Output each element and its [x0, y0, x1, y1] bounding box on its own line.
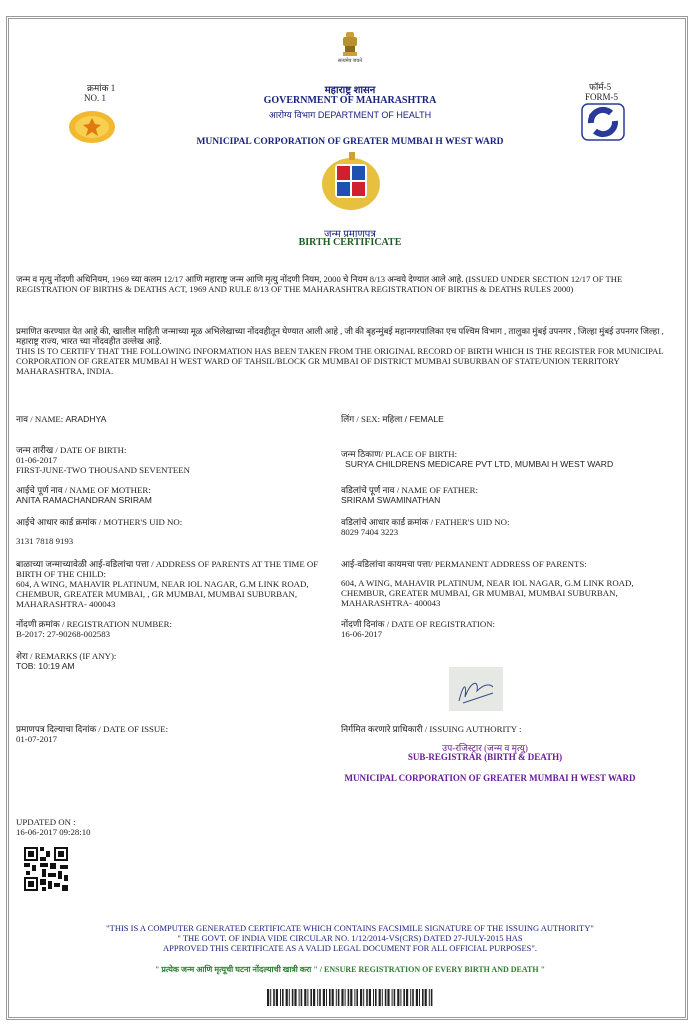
- certify-text-hindi: प्रमाणित करण्यात येत आहे की, खालील माहित…: [16, 326, 684, 346]
- dob-label: जन्म तारीख / DATE OF BIRTH:: [16, 445, 334, 455]
- sex-label: लिंग / SEX:: [341, 414, 382, 424]
- name-label: नाव / NAME:: [16, 414, 65, 424]
- updated-on-value: 16-06-2017 09:28:10: [16, 827, 334, 837]
- emblem-caption: सत्यमेव जयते: [310, 58, 390, 64]
- issue-date-value: 01-07-2017: [16, 734, 334, 744]
- footer-slogan: " प्रत्येक जन्म आणि मृत्यूची घटना नोंदल्…: [60, 965, 640, 975]
- mother-name-value: ANITA RAMACHANDRAN SRIRAM: [16, 495, 334, 505]
- father-name-label: वडिलांचे पूर्ण नाव / NAME OF FATHER:: [341, 485, 671, 495]
- registration-date-label: नोंदणी दिनांक / DATE OF REGISTRATION:: [341, 619, 671, 629]
- birth-address-value: 604, A WING, MAHAVIR PLATINUM, NEAR IOL …: [16, 579, 334, 609]
- issue-date-label: प्रमाणपत्र दिल्याचा दिनांक / DATE OF ISS…: [16, 724, 334, 734]
- remarks-field: शेरा / REMARKS (IF ANY): TOB: 10:19 AM: [16, 651, 334, 671]
- footer-computer-generated-note: "THIS IS A COMPUTER GENERATED CERTIFICAT…: [60, 923, 640, 933]
- signature-image: [449, 667, 503, 711]
- place-of-birth-label: जन्म ठिकाण/ PLACE OF BIRTH:: [341, 449, 671, 459]
- dob-field: जन्म तारीख / DATE OF BIRTH: 01-06-2017 F…: [16, 445, 334, 475]
- permanent-address-label: आई-वडिलांचा कायमचा पत्ता/ PERMANENT ADDR…: [341, 559, 671, 569]
- permanent-address-field: आई-वडिलांचा कायमचा पत्ता/ PERMANENT ADDR…: [341, 559, 671, 608]
- registration-date-value: 16-06-2017: [341, 629, 671, 639]
- updated-on-field: UPDATED ON : 16-06-2017 09:28:10: [16, 817, 334, 837]
- registration-number-field: नोंदणी क्रमांक / REGISTRATION NUMBER: B-…: [16, 619, 334, 639]
- qr-code[interactable]: [22, 845, 70, 893]
- father-uid-label: वडिलांचे आधार कार्ड क्रमांक / FATHER'S U…: [341, 517, 671, 527]
- municipal-corporation-title: MUNICIPAL CORPORATION OF GREATER MUMBAI …: [150, 137, 550, 147]
- father-name-field: वडिलांचे पूर्ण नाव / NAME OF FATHER: SRI…: [341, 485, 671, 505]
- registration-date-field: नोंदणी दिनांक / DATE OF REGISTRATION: 16…: [341, 619, 671, 639]
- number-english: NO. 1: [84, 93, 106, 103]
- mother-uid-label: आईचे आधार कार्ड क्रमांक / MOTHER'S UID N…: [16, 517, 334, 527]
- barcode[interactable]: [267, 989, 433, 1006]
- form-number: FORM-5: [585, 92, 618, 102]
- father-uid-value: 8029 7404 3223: [341, 527, 671, 537]
- mother-name-label: आईचे पूर्ण नाव / NAME OF MOTHER:: [16, 485, 334, 495]
- certificate-title: BIRTH CERTIFICATE: [250, 237, 450, 248]
- name-field: नाव / NAME: ARADHYA: [16, 414, 334, 424]
- footer-validity-note: APPROVED THIS CERTIFICATE AS A VALID LEG…: [60, 943, 640, 953]
- government-title-hindi: महाराष्ट्र शासन: [200, 82, 500, 96]
- mcgm-crest-icon: [320, 150, 382, 212]
- father-uid-field: वडिलांचे आधार कार्ड क्रमांक / FATHER'S U…: [341, 517, 671, 537]
- updated-on-label: UPDATED ON :: [16, 817, 334, 827]
- sex-field: लिंग / SEX: महिला / FEMALE: [341, 414, 671, 424]
- department-title: आरोग्य विभाग DEPARTMENT OF HEALTH: [200, 108, 500, 121]
- sex-value: महिला / FEMALE: [382, 414, 444, 424]
- government-title: GOVERNMENT OF MAHARASHTRA: [200, 95, 500, 106]
- place-of-birth-field: जन्म ठिकाण/ PLACE OF BIRTH: SURYA CHILDR…: [341, 449, 671, 469]
- registration-number-value: B-2017: 27-90268-002583: [16, 629, 334, 639]
- sub-registrar-title: SUB-REGISTRAR (BIRTH & DEATH): [360, 752, 610, 762]
- permanent-address-value: 604, A WING, MAHAVIR PLATINUM, NEAR IOL …: [341, 578, 671, 608]
- remarks-value: TOB: 10:19 AM: [16, 661, 334, 671]
- remarks-label: शेरा / REMARKS (IF ANY):: [16, 651, 334, 661]
- national-emblem-icon: [335, 30, 365, 60]
- birth-address-label: बाळाच्या जन्माच्यावेळी आई-वडिलांचा पत्ता…: [16, 559, 334, 579]
- maharashtra-seal-icon: [68, 110, 116, 144]
- mother-uid-field: आईचे आधार कार्ड क्रमांक / MOTHER'S UID N…: [16, 517, 334, 546]
- registration-number-label: नोंदणी क्रमांक / REGISTRATION NUMBER:: [16, 619, 334, 629]
- certify-text-english: THIS IS TO CERTIFY THAT THE FOLLOWING IN…: [16, 346, 684, 376]
- mother-uid-value: 3131 7818 9193: [16, 536, 334, 546]
- dob-value: 01-06-2017: [16, 455, 334, 465]
- dob-words: FIRST-JUNE-TWO THOUSAND SEVENTEEN: [16, 465, 334, 475]
- father-name-value: SRIRAM SWAMINATHAN: [341, 495, 671, 505]
- name-value: ARADHYA: [65, 414, 106, 424]
- place-of-birth-value: SURYA CHILDRENS MEDICARE PVT LTD, MUMBAI…: [341, 459, 671, 469]
- health-logo-icon: [581, 103, 625, 141]
- issued-under-paragraph: जन्म व मृत्यु नोंदणी अधिनियम, 1969 च्या …: [16, 274, 684, 294]
- mother-name-field: आईचे पूर्ण नाव / NAME OF MOTHER: ANITA R…: [16, 485, 334, 505]
- issuing-municipal-corporation: MUNICIPAL CORPORATION OF GREATER MUMBAI …: [330, 773, 650, 783]
- issuing-authority-label: निर्गमित करणारे प्राधिकारी / ISSUING AUT…: [341, 724, 671, 734]
- issue-date-field: प्रमाणपत्र दिल्याचा दिनांक / DATE OF ISS…: [16, 724, 334, 744]
- certify-paragraph: प्रमाणित करण्यात येत आहे की, खालील माहित…: [16, 326, 684, 376]
- footer-circular-note: " THE GOVT. OF INDIA VIDE CIRCULAR NO. 1…: [60, 933, 640, 943]
- birth-address-field: बाळाच्या जन्माच्यावेळी आई-वडिलांचा पत्ता…: [16, 559, 334, 609]
